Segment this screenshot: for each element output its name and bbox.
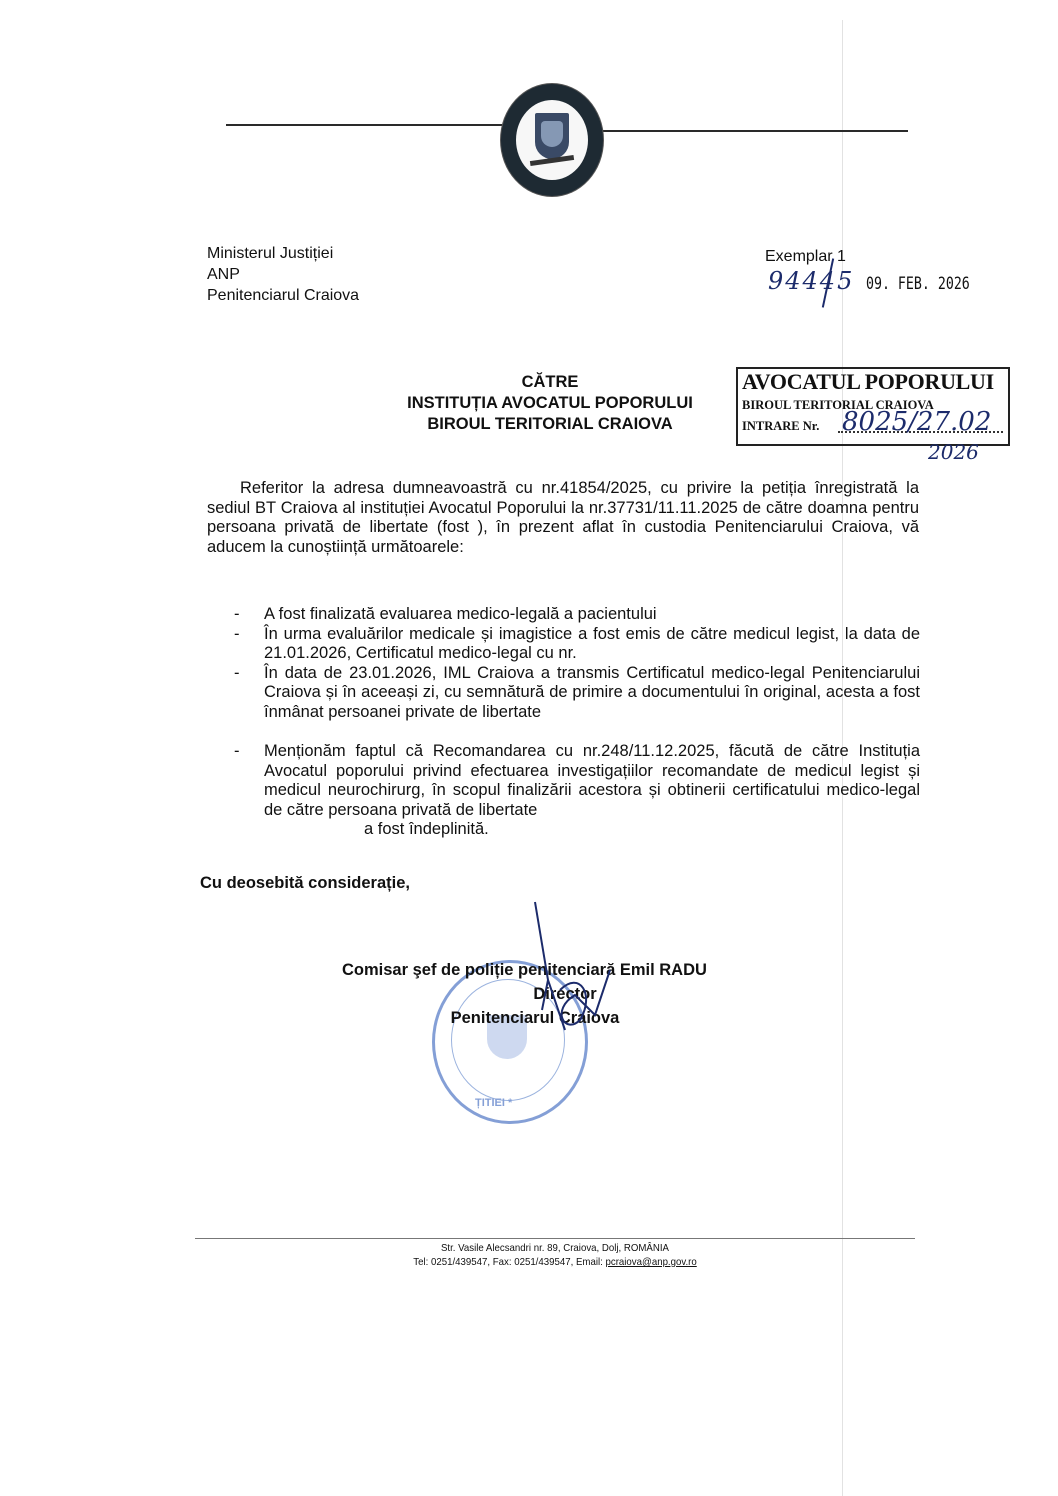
footer-rule <box>195 1238 915 1239</box>
intro-paragraph: Referitor la adresa dumneavoastră cu nr.… <box>207 479 919 557</box>
coat-of-arms-icon <box>535 113 569 159</box>
sender-line: Penitenciarul Craiova <box>207 285 359 306</box>
receipt-entry-handwritten: 8025/27.02 <box>842 407 991 437</box>
receipt-stamp-title: AVOCATUL POPORULUI <box>742 369 994 395</box>
sender-line: ANP <box>207 264 359 285</box>
footer-email-link[interactable]: pcraiova@anp.gov.ro <box>605 1256 696 1268</box>
list-item: -Menționăm faptul că Recomandarea cu nr.… <box>230 742 920 840</box>
addressee-block: CĂTRE INSTITUȚIA AVOCATUL POPORULUI BIRO… <box>360 372 740 435</box>
receipt-stamp-entry-label: INTRARE Nr. <box>742 419 819 434</box>
receipt-stamp: AVOCATUL POPORULUI BIROUL TERITORIAL CRA… <box>736 367 1010 446</box>
letterhead-rule-right <box>602 130 908 132</box>
exemplar-label: Exemplar 1 <box>765 248 846 266</box>
letterhead-rule-left <box>226 124 504 126</box>
footer-address: Str. Vasile Alecsandri nr. 89, Craiova, … <box>224 1241 886 1255</box>
list-item-tail: a fost îndeplinită. <box>264 820 920 840</box>
list-item: -În urma evaluărilor medicale și imagist… <box>230 625 920 664</box>
footer-contact: Tel: 0251/439547, Fax: 0251/439547, Emai… <box>224 1255 886 1269</box>
list-item: -A fost finalizată evaluarea medico-lega… <box>230 605 920 625</box>
footer: Str. Vasile Alecsandri nr. 89, Craiova, … <box>224 1241 886 1269</box>
sender-block: Ministerul Justiției ANP Penitenciarul C… <box>207 243 359 306</box>
list-item: -În data de 23.01.2026, IML Craiova a tr… <box>230 664 920 723</box>
date-stamp: 09. FEB. 2026 <box>866 274 970 294</box>
sender-line: Ministerul Justiției <box>207 243 359 264</box>
closing-salutation: Cu deosebită considerație, <box>200 874 410 893</box>
handwritten-signature <box>520 900 630 1040</box>
receipt-year-handwritten: 2026 <box>928 440 979 464</box>
registration-number-handwritten: 94445 <box>768 267 854 295</box>
ministerul-justitiei-seal-icon <box>501 84 603 196</box>
bullet-list: -A fost finalizată evaluarea medico-lega… <box>230 605 920 840</box>
